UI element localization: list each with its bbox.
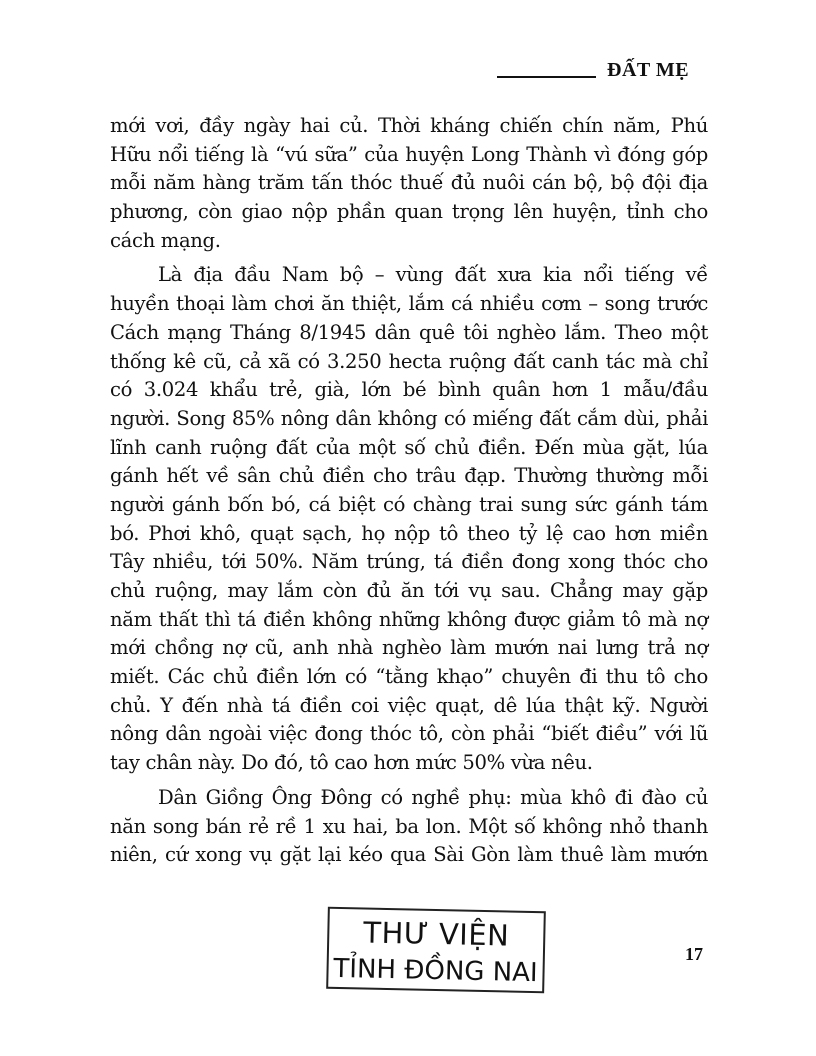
text-line: Là địa đầu Nam bộ – vùng đất xưa kia nổi…	[110, 261, 708, 290]
paragraph-2: Là địa đầu Nam bộ – vùng đất xưa kia nổi…	[110, 261, 708, 777]
text-line: Tây nhiều, tới 50%. Năm trúng, tá điền đ…	[110, 548, 708, 577]
text-line: có 3.024 khẩu trẻ, già, lớn bé bình quân…	[110, 376, 708, 405]
text-line: năm thất thì tá điền không những không đ…	[110, 606, 708, 635]
text-line: Dân Giồng Ông Đông có nghề phụ: mùa khô …	[110, 784, 708, 813]
text-line: thống kê cũ, cả xã có 3.250 hecta ruộng …	[110, 348, 708, 377]
text-line: chủ. Y đến nhà tá điền coi việc quạt, dê…	[110, 692, 708, 721]
stamp-line-2: TỈNH ĐỒNG NAI	[328, 953, 543, 989]
text-line: mới vơi, đầy ngày hai củ. Thời kháng chi…	[110, 112, 708, 141]
library-stamp: THƯ VIỆN TỈNH ĐỒNG NAI	[326, 907, 546, 994]
text-line: tay chân này. Do đó, tô cao hơn mức 50% …	[110, 749, 708, 778]
text-line: người gánh bốn bó, cá biệt có chàng trai…	[110, 491, 708, 520]
text-line: mới chồng nợ cũ, anh nhà nghèo làm mướn …	[110, 634, 708, 663]
text-line: năn song bán rẻ rề 1 xu hai, ba lon. Một…	[110, 813, 708, 842]
body-text: mới vơi, đầy ngày hai củ. Thời kháng chi…	[110, 112, 708, 876]
paragraph-1: mới vơi, đầy ngày hai củ. Thời kháng chi…	[110, 112, 708, 255]
text-line: lĩnh canh ruộng đất của một số chủ điền.…	[110, 434, 708, 463]
running-header: ĐẤT MẸ	[497, 58, 711, 88]
text-line: gánh hết về sân chủ điền cho trâu đạp. T…	[110, 462, 708, 491]
text-line: chủ ruộng, may lắm còn đủ ăn tới vụ sau.…	[110, 577, 708, 606]
text-line: Cách mạng Tháng 8/1945 dân quê tôi nghèo…	[110, 319, 708, 348]
stamp-line-1: THƯ VIỆN	[329, 915, 544, 953]
text-line: cách mạng.	[110, 227, 708, 256]
text-line: huyền thoại làm chơi ăn thiệt, lắm cá nh…	[110, 290, 708, 319]
text-line: bó. Phơi khô, quạt sạch, họ nộp tô theo …	[110, 520, 708, 549]
text-line: phương, còn giao nộp phần quan trọng lên…	[110, 198, 708, 227]
text-line: Hữu nổi tiếng là “vú sữa” của huyện Long…	[110, 141, 708, 170]
paragraph-3: Dân Giồng Ông Đông có nghề phụ: mùa khô …	[110, 784, 708, 870]
text-line: người. Song 85% nông dân không có miếng …	[110, 405, 708, 434]
header-rule	[497, 76, 596, 78]
running-title: ĐẤT MẸ	[607, 58, 689, 82]
text-line: miết. Các chủ điền lớn có “tằng khạo” ch…	[110, 663, 708, 692]
text-line: nông dân ngoài việc đong thóc tô, còn ph…	[110, 720, 708, 749]
text-line: mỗi năm hàng trăm tấn thóc thuế đủ nuôi …	[110, 169, 708, 198]
page-number: 17	[685, 944, 703, 965]
text-line: niên, cứ xong vụ gặt lại kéo qua Sài Gòn…	[110, 841, 708, 870]
